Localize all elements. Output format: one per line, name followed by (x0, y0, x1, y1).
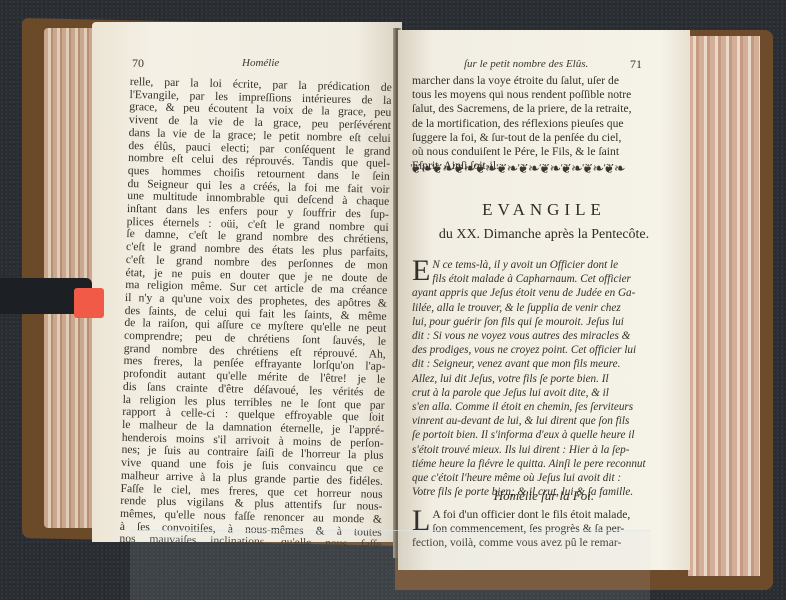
homily-title: Homélie ſur la Foi. (398, 488, 690, 504)
text-line: s'en alla. Comme il étoit en chemin, ſes… (412, 400, 680, 414)
text-line: que c'étoit l'heure même où Jeſus lui av… (412, 471, 680, 485)
running-head-left: Homélie (242, 57, 279, 69)
text-line: dit : Si vous ne voyez vous autres des m… (412, 329, 680, 343)
right-page-text: marcher dans la voye étroite du ſalut, u… (412, 74, 680, 173)
text-line: crut à la parole que Jeſus lui avoit dit… (412, 386, 680, 400)
text-line: lui, pour guérir ſon fils qui ſe mouroit… (412, 315, 680, 329)
running-head-right: ſur le petit nombre des Elûs. (464, 58, 588, 70)
section-subtitle: du XX. Dimanche après la Pentecôte. (398, 227, 690, 243)
text-line: ayant appris que Jeſus étoit venu de Jud… (412, 286, 680, 300)
marker-red-cap (74, 288, 104, 318)
right-page: ſur le petit nombre des Elûs. 71 marcher… (398, 30, 690, 570)
text-line: A foi d'un officier dont le fils étoit m… (412, 508, 680, 522)
text-line: de la mortification, des réflexions pieu… (412, 117, 680, 131)
open-book: 70 Homélie relle, par la loi écrite, par… (0, 0, 786, 600)
floral-ornament-band: ❦❧❦❧❦❧❦❧❦❧❦❧❦❧❦❧❦❧❦❧ (410, 164, 676, 186)
gospel-text: E N ce tems-là, il y avoit un Officier d… (412, 258, 680, 499)
drop-cap: E (412, 258, 430, 284)
right-page-edges (688, 36, 760, 576)
text-line: ſuggere la foi, & ſur-tout de la penſée … (412, 131, 680, 145)
acrylic-book-stand (130, 530, 650, 600)
text-line: Allez, lui dit Jeſus, votre fils ſe port… (412, 372, 680, 386)
text-line: où nous conduiſent le Pére, le Fils, & l… (412, 145, 680, 159)
text-line: fils étoit malade à Capharnaum. Cet offi… (412, 272, 680, 286)
section-title: EVANGILE (398, 200, 690, 220)
page-number-right: 71 (630, 57, 642, 72)
left-page-text: relle, par la loi écrite, par la prédica… (119, 76, 392, 552)
text-line: des prodiges, vous ne croyez point. Cet … (412, 343, 680, 357)
text-line: N ce tems-là, il y avoit un Officier don… (412, 258, 680, 272)
left-page: 70 Homélie relle, par la loi écrite, par… (92, 22, 402, 542)
text-line: ſe portoit bien. Il s'informa d'eux à qu… (412, 428, 680, 442)
text-line: tous les moyens qui nous rendent poſſibl… (412, 88, 680, 102)
text-line: s'étoit trouvé mieux. Ils lui dirent : H… (412, 443, 680, 457)
text-line: dit : Seigneur, venez avant que mon fils… (412, 357, 680, 371)
text-line: ſalut, des Sacremens, de la priere, de l… (412, 102, 680, 116)
page-number-left: 70 (132, 56, 144, 71)
text-line: marcher dans la voye étroite du ſalut, u… (412, 74, 680, 88)
text-line: tiéme heure la fiévre le quitta. Ainſi l… (412, 457, 680, 471)
text-line: vinrent au-devant de lui, & lui dirent q… (412, 414, 680, 428)
text-line: lilée, alla le trouver, & le ſupplia de … (412, 301, 680, 315)
